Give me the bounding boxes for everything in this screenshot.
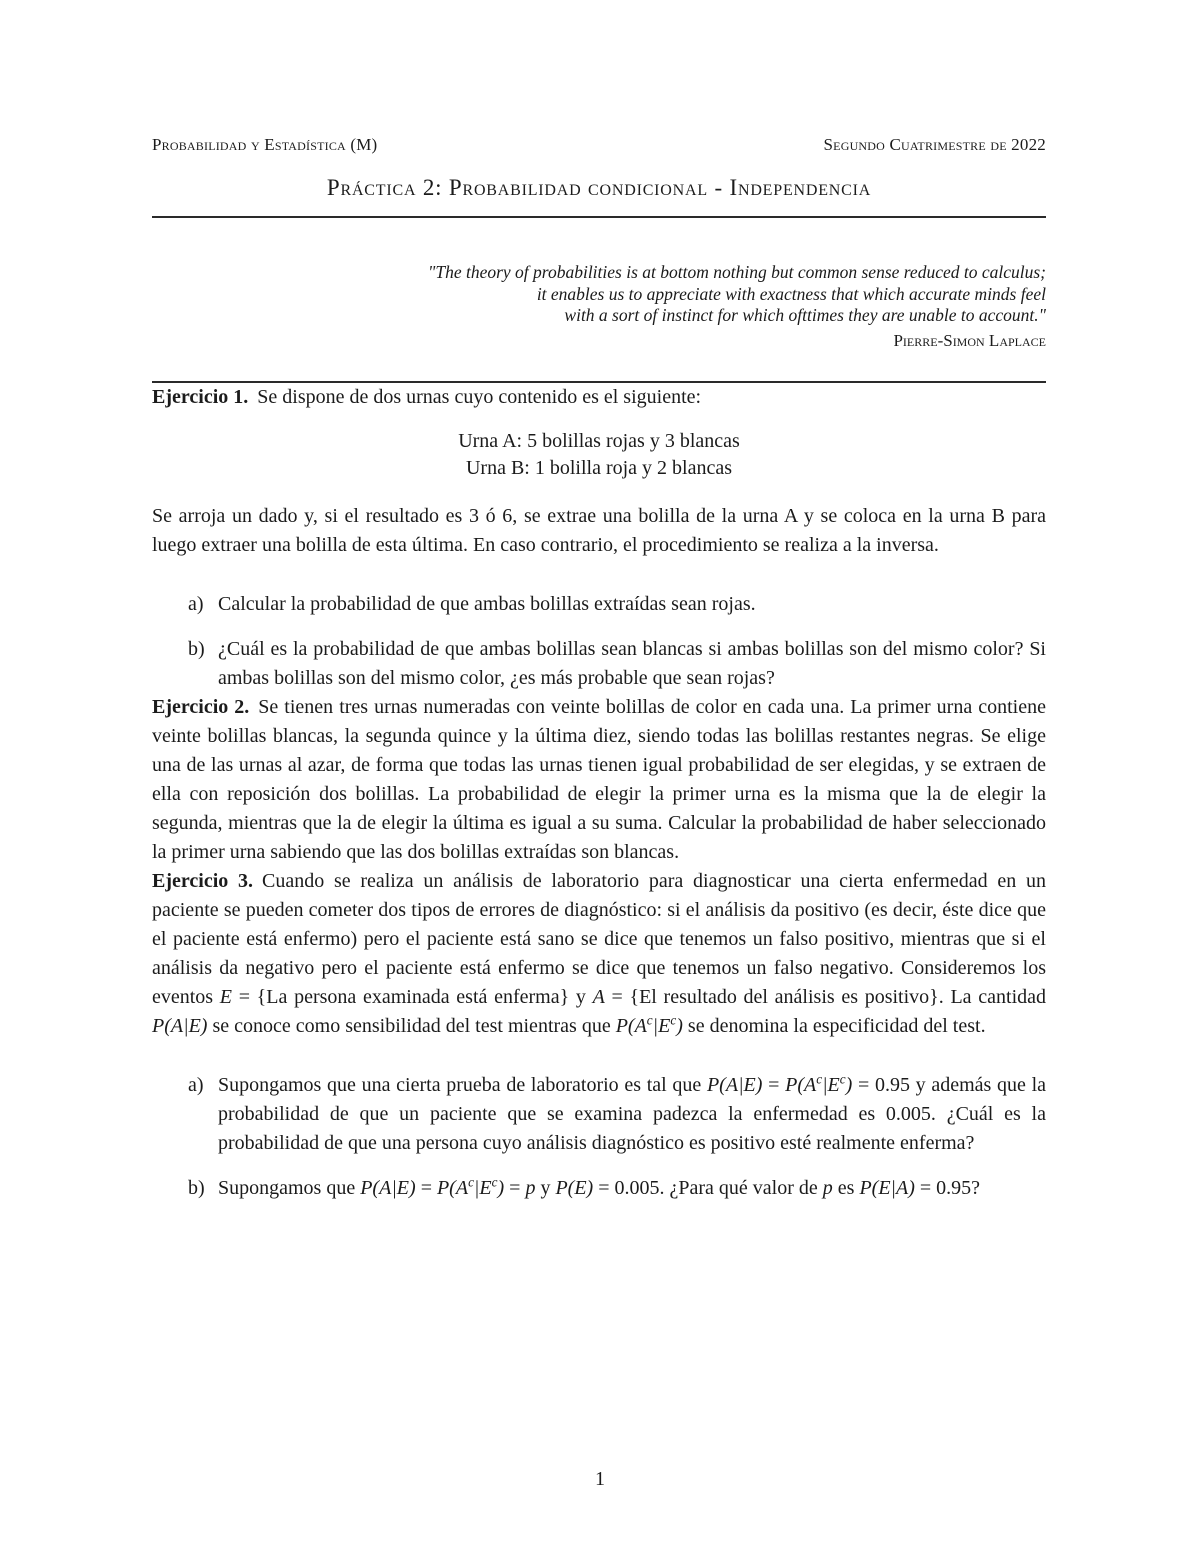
exercise-1-item-b: b)¿Cuál es la probabilidad de que ambas …: [152, 635, 1046, 693]
item-a-text: Calcular la probabilidad de que ambas bo…: [218, 593, 756, 615]
document-body: Ejercicio 1.Se dispone de dos urnas cuyo…: [152, 383, 1046, 1203]
term-label: Segundo Cuatrimestre de 2022: [824, 135, 1046, 155]
exercise-2-text: Se tienen tres urnas numeradas con veint…: [152, 696, 1046, 863]
exercise-1-label: Ejercicio 1.: [152, 386, 248, 408]
exercise-3-body: Ejercicio 3.Cuando se realiza un análisi…: [152, 867, 1046, 1041]
epigraph-line-1: "The theory of probabilities is at botto…: [152, 262, 1046, 284]
exercise-2-body: Ejercicio 2.Se tienen tres urnas numerad…: [152, 693, 1046, 867]
exercise-3-item-b: b)Supongamos que P(A|E) = P(Ac|Ec) = p y…: [152, 1174, 1046, 1203]
page-header: Probabilidad y Estadística (M) Segundo C…: [152, 135, 1046, 155]
epigraph: "The theory of probabilities is at botto…: [152, 262, 1046, 351]
urn-b-line: Urna B: 1 bolilla roja y 2 blancas: [152, 455, 1046, 482]
epigraph-line-3: with a sort of instinct for which ofttim…: [152, 305, 1046, 327]
exercise-1-intro-text: Se dispone de dos urnas cuyo contenido e…: [257, 386, 701, 408]
urn-a-line: Urna A: 5 bolillas rojas y 3 blancas: [152, 428, 1046, 455]
exercise-3-text: Cuando se realiza un análisis de laborat…: [152, 870, 1046, 1037]
exercise-1-intro: Ejercicio 1.Se dispone de dos urnas cuyo…: [152, 383, 1046, 412]
exercise-1-item-a: a)Calcular la probabilidad de que ambas …: [152, 590, 1046, 619]
epigraph-attribution: Pierre-Simon Laplace: [152, 330, 1046, 352]
course-label: Probabilidad y Estadística (M): [152, 135, 377, 155]
exercise-2-label: Ejercicio 2.: [152, 696, 249, 718]
page-number: 1: [595, 1468, 605, 1490]
exercise-3-item-a: a)Supongamos que una cierta prueba de la…: [152, 1071, 1046, 1158]
item-b-label: b): [188, 635, 205, 664]
item-b-text: Supongamos que P(A|E) = P(Ac|Ec) = p y P…: [218, 1177, 980, 1199]
exercise-2: Ejercicio 2.Se tienen tres urnas numerad…: [152, 693, 1046, 867]
item-a-label: a): [188, 1071, 204, 1100]
urn-contents: Urna A: 5 bolillas rojas y 3 blancas Urn…: [152, 428, 1046, 482]
document-page: Probabilidad y Estadística (M) Segundo C…: [0, 0, 1200, 1553]
page-title: Práctica 2: Probabilidad condicional - I…: [152, 175, 1046, 201]
exercise-1-body: Se arroja un dado y, si el resultado es …: [152, 502, 1046, 560]
exercise-3: Ejercicio 3.Cuando se realiza un análisi…: [152, 867, 1046, 1203]
exercise-3-label: Ejercicio 3.: [152, 870, 253, 892]
item-b-text: ¿Cuál es la probabilidad de que ambas bo…: [218, 638, 1046, 689]
title-rule: [152, 216, 1046, 218]
page-footer: 1: [0, 1468, 1200, 1491]
exercise-1: Ejercicio 1.Se dispone de dos urnas cuyo…: [152, 383, 1046, 693]
item-a-label: a): [188, 590, 204, 619]
item-b-label: b): [188, 1174, 205, 1203]
item-a-text: Supongamos que una cierta prueba de labo…: [218, 1074, 1046, 1154]
epigraph-line-2: it enables us to appreciate with exactne…: [152, 284, 1046, 306]
